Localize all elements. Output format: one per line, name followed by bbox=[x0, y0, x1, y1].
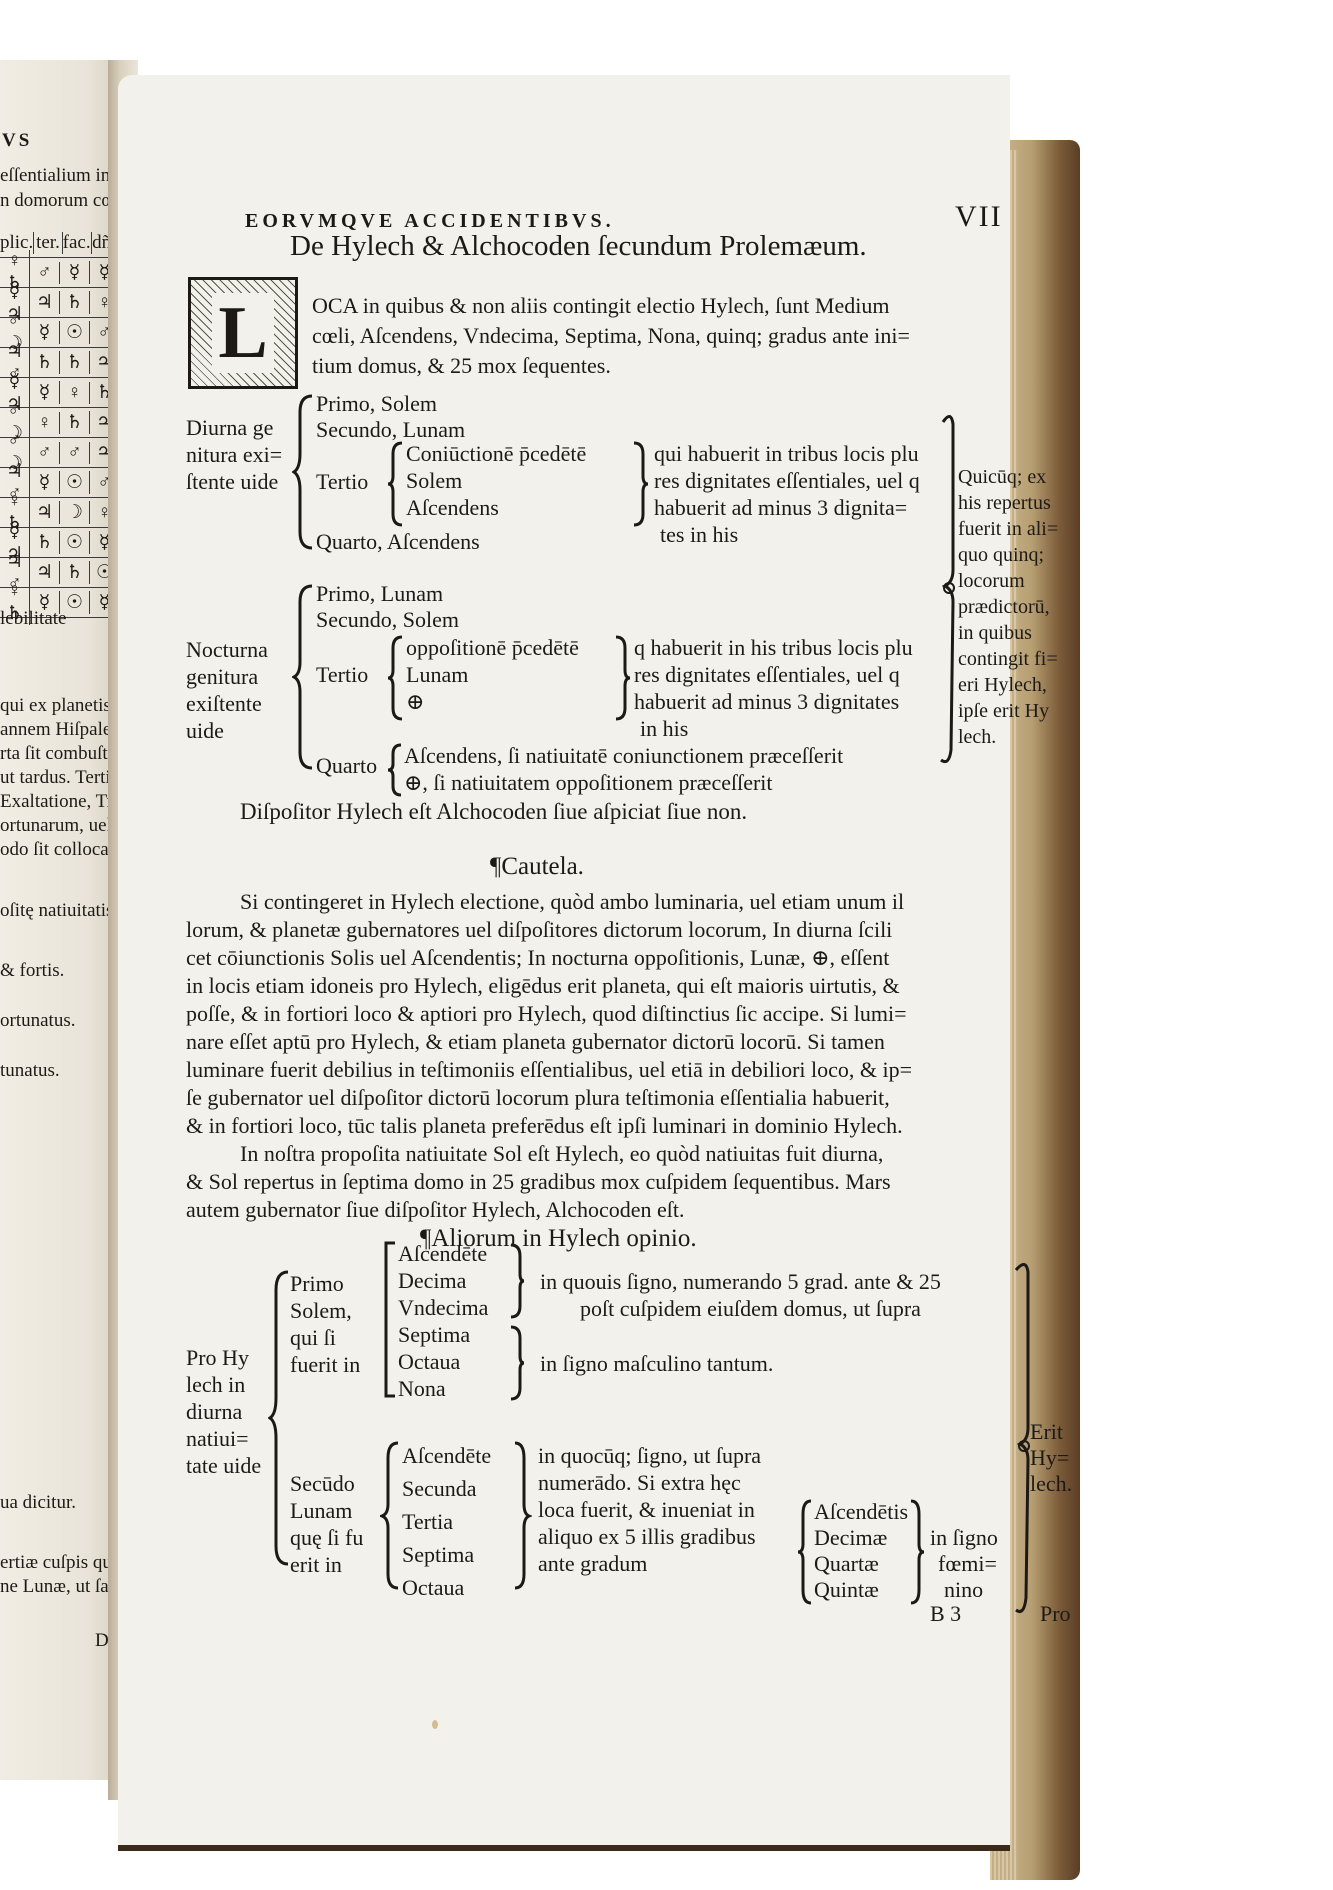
aliorum-label: Pro Hy bbox=[186, 1344, 249, 1371]
nocturna-label: genitura bbox=[186, 663, 258, 690]
sign-note-line: nino bbox=[944, 1576, 983, 1603]
secundo-note-line: loca fuerit, & inueniat in bbox=[538, 1496, 755, 1523]
primo-house: Septima bbox=[398, 1321, 470, 1348]
decorated-initial: L bbox=[188, 277, 298, 389]
primo-note-line: in ſigno maſculino tantum. bbox=[540, 1350, 773, 1377]
side-note-line: prædictorū, bbox=[958, 594, 1050, 621]
aliorum-label: lech in bbox=[186, 1371, 245, 1398]
left-page-line: & fortis. bbox=[0, 960, 64, 982]
intro-line: tium domus, & 25 mox ſequentes. bbox=[312, 352, 611, 380]
chapter-title: De Hylech & Alchocoden ſecundum Prolemæu… bbox=[290, 230, 867, 263]
cautela-line: In noſtra propoſita natiuitate Sol eſt H… bbox=[240, 1140, 883, 1168]
signature-mark: B 3 bbox=[930, 1600, 961, 1627]
left-page-line: ut tardus. Tertium, bbox=[0, 767, 125, 789]
table-cell: ♀ bbox=[30, 412, 60, 434]
brace-icon bbox=[386, 742, 404, 798]
dignities-table: plic. ter. fac. dñs ♀ ♄♂☿☿ ☿ ♃♃♄♀ ♂ ☽☿☉♂… bbox=[0, 228, 120, 618]
left-page-line: tunatus. bbox=[0, 1060, 60, 1082]
primo-house: Octaua bbox=[398, 1348, 460, 1375]
table-cell: ♄ bbox=[60, 291, 90, 314]
cautela-line: ſe gubernator uel diſpoſitor dictorū loc… bbox=[186, 1084, 890, 1112]
side-note-line: locorum bbox=[958, 568, 1025, 595]
table-cell: ☿ bbox=[60, 261, 90, 284]
diurna-tertio-option: Solem bbox=[406, 467, 462, 494]
cautela-line: & Sol repertus in ſeptima domo in 25 gra… bbox=[186, 1168, 891, 1196]
table-cell: ♃ bbox=[30, 291, 60, 314]
nocturna-secundo: Secundo, Solem bbox=[316, 606, 459, 633]
primo-label: Primo bbox=[290, 1270, 344, 1297]
table-cell: ☿ bbox=[30, 321, 60, 344]
secundo-house: Octaua bbox=[402, 1574, 464, 1601]
nocturna-quarto-option: Aſcendens, ſi natiuitatē coniunctionem p… bbox=[404, 742, 843, 769]
left-page-line: ne Lunæ, ut ſatis bbox=[0, 1576, 125, 1598]
cautela-line: cet cōiunctionis Solis uel Aſcendentis; … bbox=[186, 944, 889, 972]
table-cell: ♂ bbox=[30, 442, 60, 464]
nocturna-note-line: res dignitates eſſentiales, uel q bbox=[634, 661, 900, 688]
left-page-title-line: n domorum cœli. bbox=[0, 190, 125, 212]
table-cell: ☉ bbox=[60, 531, 90, 554]
primo-house: Aſcendēte bbox=[398, 1240, 487, 1267]
secundo-target-house: Quartæ bbox=[814, 1550, 879, 1577]
table-cell: ☿ bbox=[30, 381, 60, 404]
brace-icon bbox=[268, 1268, 292, 1568]
left-page-line: ortunarum, uel in bo bbox=[0, 815, 125, 837]
diurna-primo: Primo, Solem bbox=[316, 390, 437, 417]
brace-icon bbox=[508, 1324, 526, 1402]
aliorum-label: natiui= bbox=[186, 1425, 249, 1452]
nocturna-primo: Primo, Lunam bbox=[316, 580, 443, 607]
secundo-house: Tertia bbox=[402, 1508, 453, 1535]
secundo-label: erit in bbox=[290, 1551, 342, 1578]
diurna-label: ſtente uide bbox=[186, 468, 278, 495]
nocturna-note-line: q habuerit in his tribus locis plu bbox=[634, 634, 913, 661]
table-cell: ♄ bbox=[60, 351, 90, 374]
intro-line: OCA in quibus & non aliis contingit elec… bbox=[312, 292, 889, 320]
left-page-line: odo ſit collocatus in ſig bbox=[0, 839, 125, 861]
cautela-line: poſſe, & in fortiori loco & aptiori pro … bbox=[186, 1000, 907, 1028]
left-page-line: rta ſit combuſtus, an bbox=[0, 743, 125, 765]
side-note-line: in quibus bbox=[958, 620, 1032, 647]
sun-earth-symbol: ⊕ bbox=[406, 688, 424, 715]
diurna-tertio-option: Aſcendens bbox=[406, 494, 499, 521]
diurna-tertio: Tertio bbox=[316, 468, 368, 495]
aliorum-label: diurna bbox=[186, 1398, 242, 1425]
nocturna-tertio: Tertio bbox=[316, 661, 368, 688]
brace-icon bbox=[512, 1440, 532, 1590]
intro-line: cœli, Aſcendens, Vndecima, Septima, Nona… bbox=[312, 322, 910, 350]
table-cell: ♀ bbox=[60, 382, 90, 404]
table-header: fac. bbox=[63, 232, 92, 254]
table-cell: ☽ bbox=[60, 501, 90, 524]
cautela-heading: ¶Cautela. bbox=[490, 853, 584, 881]
table-cell: ♂ bbox=[60, 442, 90, 464]
cautela-line: lorum, & planetæ gubernatores uel diſpoſ… bbox=[186, 916, 892, 944]
secundo-target-house: Decimæ bbox=[814, 1524, 887, 1551]
primo-house: Decima bbox=[398, 1267, 466, 1294]
nocturna-tertio-option: Lunam bbox=[406, 661, 468, 688]
primo-note-line: in quouis ſigno, numerando 5 grad. ante … bbox=[540, 1268, 941, 1295]
left-page-line: ua dicitur. bbox=[0, 1492, 76, 1514]
primo-label: qui ſi bbox=[290, 1324, 336, 1351]
side-note-line: lech. bbox=[958, 724, 996, 751]
initial-letter: L bbox=[212, 293, 273, 373]
primo-label: Solem, bbox=[290, 1297, 352, 1324]
sign-note-line: in ſigno bbox=[930, 1524, 998, 1551]
left-page-line: oſitę natiuitatis, bbox=[0, 900, 118, 922]
left-page-line: Exaltatione, Triplici bbox=[0, 791, 125, 813]
diurna-note-line: qui habuerit in tribus locis plu bbox=[654, 440, 919, 467]
secundo-label: Secūdo bbox=[290, 1470, 355, 1497]
secundo-house: Aſcendēte bbox=[402, 1442, 491, 1469]
table-cell: ♂ bbox=[30, 262, 60, 284]
result-line: Hy= bbox=[1030, 1444, 1069, 1471]
brace-icon bbox=[612, 634, 632, 722]
secundo-note-line: ante gradum bbox=[538, 1550, 647, 1577]
brace-icon bbox=[386, 634, 406, 722]
brace-icon bbox=[630, 440, 650, 528]
nocturna-note-line: habuerit ad minus 3 dignitates bbox=[634, 688, 899, 715]
sign-note-line: fœmi= bbox=[938, 1550, 997, 1577]
result-line: lech. bbox=[1030, 1470, 1072, 1497]
nocturna-note-line: in his bbox=[640, 715, 688, 742]
primo-note-line: poſt cuſpidem eiuſdem domus, ut ſupra bbox=[580, 1295, 921, 1322]
left-page-header-fragment: VS bbox=[2, 130, 32, 152]
diurna-label: Diurna ge bbox=[186, 414, 273, 441]
secundo-house: Secunda bbox=[402, 1475, 477, 1502]
left-page-line: ortunatus. bbox=[0, 1010, 75, 1032]
table-header: ter. bbox=[34, 232, 62, 254]
secundo-note-line: aliquo ex 5 illis gradibus bbox=[538, 1523, 756, 1550]
aliorum-label: tate uide bbox=[186, 1452, 261, 1479]
paper-stain bbox=[432, 1720, 438, 1729]
secundo-label: Lunam bbox=[290, 1497, 352, 1524]
left-page-line: ertiæ cuſpis quadra bbox=[0, 1552, 125, 1574]
table-cell: ♄ bbox=[60, 561, 90, 584]
folio-number: VII bbox=[955, 200, 1003, 234]
left-page: VS eſſentialium in Cu n domorum cœli. pl… bbox=[0, 60, 125, 1780]
cautela-line: luminare fuerit debilius in teſtimoniis … bbox=[186, 1056, 912, 1084]
nocturna-tertio-option: oppoſitionē p̄cedētē bbox=[406, 634, 579, 661]
left-page-line: lebilitate bbox=[0, 608, 66, 630]
secundo-label: quę ſi fu bbox=[290, 1524, 363, 1551]
cautela-line: autem gubernator ſiue diſpoſitor Hylech,… bbox=[186, 1196, 685, 1224]
side-note-line: his repertus bbox=[958, 490, 1051, 517]
side-note-line: quo quinq; bbox=[958, 542, 1044, 569]
brace-icon bbox=[508, 1242, 526, 1320]
primo-house: Nona bbox=[398, 1375, 446, 1402]
table-cell: ☿ bbox=[30, 471, 60, 494]
diurna-note-line: habuerit ad minus 3 dignita= bbox=[654, 494, 907, 521]
table-cell: ♄ bbox=[30, 351, 60, 374]
nocturna-quarto-option: ⊕, ſi natiuitatem oppoſitionem præceſſer… bbox=[404, 769, 773, 796]
diurna-quarto: Quarto, Aſcendens bbox=[316, 528, 480, 555]
secundo-note-line: numerādo. Si extra hęc bbox=[538, 1469, 741, 1496]
left-page-line: annem Hiſpalenſem bbox=[0, 719, 125, 741]
side-note-line: eri Hylech, bbox=[958, 672, 1047, 699]
side-note-line: fuerit in ali= bbox=[958, 516, 1058, 543]
primo-label: fuerit in bbox=[290, 1351, 360, 1378]
table-cell: ♃ bbox=[30, 561, 60, 584]
diurna-tertio-option: Coniūctionē p̄cedētē bbox=[406, 440, 586, 467]
result-line: Erit bbox=[1030, 1418, 1063, 1445]
side-note-line: Quicūq; ex bbox=[958, 464, 1046, 491]
left-page-line: qui ex planetis in radi bbox=[0, 695, 125, 717]
secundo-target-house: Aſcendētis bbox=[814, 1498, 908, 1525]
side-note-line: ipſe erit Hy bbox=[958, 698, 1049, 725]
table-cell: ♄ bbox=[30, 531, 60, 554]
diurna-note-line: res dignitates eſſentiales, uel q bbox=[654, 467, 920, 494]
brace-icon bbox=[796, 1498, 814, 1606]
brace-icon bbox=[386, 440, 406, 528]
table-cell: ♃ bbox=[30, 501, 60, 524]
bracket-icon bbox=[378, 1240, 398, 1400]
cautela-line: & in fortiori loco, tūc talis planeta pr… bbox=[186, 1112, 903, 1140]
brace-icon bbox=[292, 582, 316, 772]
left-page-title-line: eſſentialium in Cu bbox=[0, 165, 125, 187]
diurna-note-line: tes in his bbox=[660, 521, 738, 548]
cautela-line: nare eſſet aptū pro Hylech, & etiam plan… bbox=[186, 1028, 885, 1056]
side-note-line: contingit fi= bbox=[958, 646, 1058, 673]
cautela-line: in locis etiam idoneis pro Hylech, eligē… bbox=[186, 972, 900, 1000]
dispositor-line: Diſpoſitor Hylech eſt Alchocoden ſiue aſ… bbox=[240, 798, 747, 825]
table-cell: ☉ bbox=[60, 471, 90, 494]
diurna-label: nitura exi= bbox=[186, 441, 282, 468]
secundo-house: Septima bbox=[402, 1541, 474, 1568]
table-cell: ☉ bbox=[60, 321, 90, 344]
cautela-line: Si contingeret in Hylech electione, quòd… bbox=[240, 888, 904, 916]
nocturna-quarto: Quarto bbox=[316, 752, 377, 779]
nocturna-label: Nocturna bbox=[186, 636, 268, 663]
secundo-note-line: in quocūq; ſigno, ut ſupra bbox=[538, 1442, 761, 1469]
nocturna-label: exiſtente bbox=[186, 690, 262, 717]
table-cell: ♄ bbox=[60, 411, 90, 434]
nocturna-label: uide bbox=[186, 717, 224, 744]
brace-icon bbox=[380, 1440, 402, 1590]
brace-icon bbox=[908, 1498, 926, 1606]
diurna-secundo: Secundo, Lunam bbox=[316, 416, 465, 443]
brace-icon bbox=[292, 392, 316, 552]
primo-house: Vndecima bbox=[398, 1294, 488, 1321]
secundo-target-house: Quintæ bbox=[814, 1576, 879, 1603]
catchword: Pro bbox=[1040, 1600, 1071, 1627]
